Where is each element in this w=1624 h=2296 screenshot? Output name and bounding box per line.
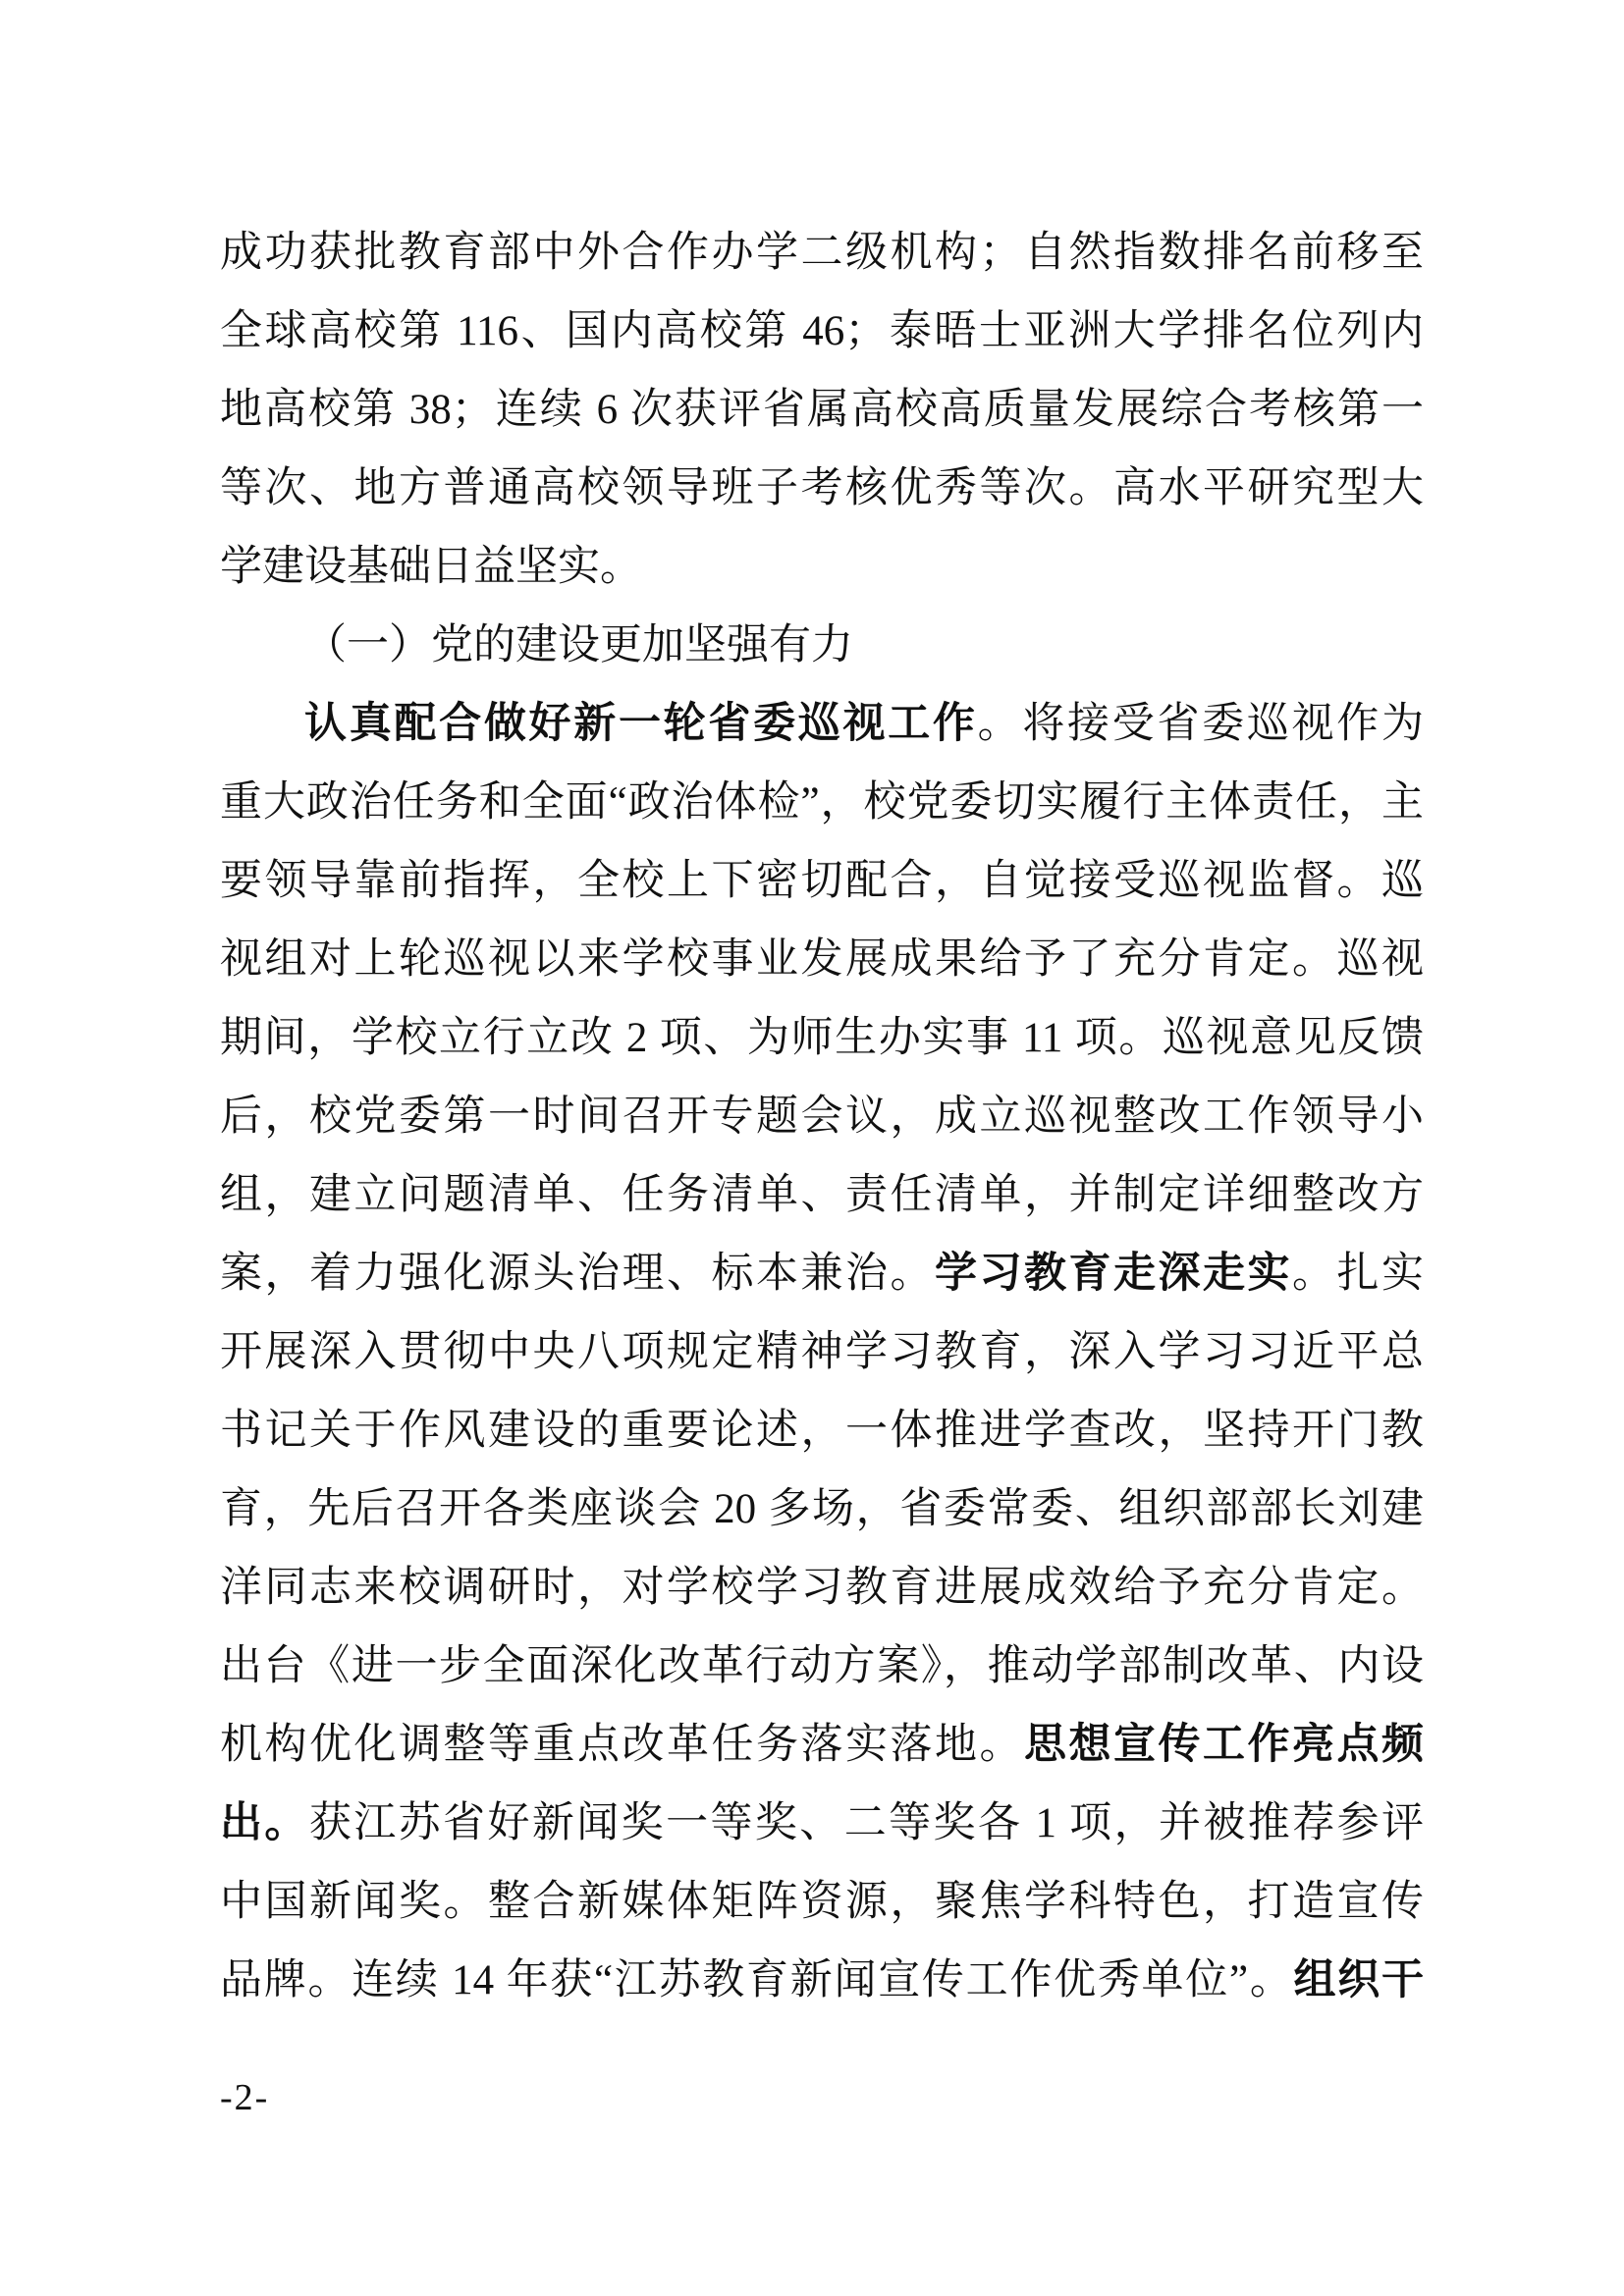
text-line: 视组对上轮巡视以来学校事业发展成果给予了充分肯定。巡视 [220, 921, 1424, 999]
text-line: 开展深入贯彻中央八项规定精神学习教育，深入学习习近平总 [220, 1313, 1424, 1392]
text-line: 品牌。连续 14 年获“江苏教育新闻宣传工作优秀单位”。组织干 [220, 1942, 1424, 2020]
text-segment: 。扎实 [1292, 1251, 1424, 1297]
text-segment: 开展深入贯彻中央八项规定精神学习教育，深入学习习近平总 [220, 1329, 1424, 1375]
text-segment: 视组对上轮巡视以来学校事业发展成果给予了充分肯定。巡视 [220, 936, 1424, 983]
text-segment: 成功获批教育部中外合作办学二级机构；自然指数排名前移至 [220, 230, 1424, 276]
text-segment: 。将接受省委巡视作为 [978, 701, 1424, 747]
text-segment: 机构优化调整等重点改革任务落实落地。 [220, 1722, 1024, 1768]
text-segment: 后，校党委第一时间召开专题会议，成立巡视整改工作领导小 [220, 1094, 1424, 1140]
text-segment: 全球高校第 116、国内高校第 46；泰晤士亚洲大学排名位列内 [220, 308, 1424, 354]
text-line: 组，建立问题清单、任务清单、责任清单，并制定详细整改方 [220, 1156, 1424, 1235]
text-line: 机构优化调整等重点改革任务落实落地。思想宣传工作亮点频 [220, 1706, 1424, 1785]
bold-text-segment: 认真配合做好新一轮省委巡视工作 [304, 701, 978, 747]
text-line: 认真配合做好新一轮省委巡视工作。将接受省委巡视作为 [220, 685, 1424, 764]
text-segment: 期间，学校立行立改 2 项、为师生办实事 11 项。巡视意见反馈 [220, 1015, 1424, 1061]
text-line: 育，先后召开各类座谈会 20 多场，省委常委、组织部部长刘建 [220, 1470, 1424, 1549]
text-line: 要领导靠前指挥，全校上下密切配合，自觉接受巡视监督。巡 [220, 842, 1424, 921]
text-line: 地高校第 38；连续 6 次获评省属高校高质量发展综合考核第一 [220, 371, 1424, 450]
text-segment: 地高校第 38；连续 6 次获评省属高校高质量发展综合考核第一 [220, 387, 1424, 433]
text-segment: 洋同志来校调研时，对学校学习教育进展成效给予充分肯定。 [220, 1565, 1424, 1611]
document-body: 成功获批教育部中外合作办学二级机构；自然指数排名前移至全球高校第 116、国内高… [220, 214, 1424, 2020]
bold-text-segment: 思想宣传工作亮点频 [1024, 1722, 1424, 1768]
text-segment: 书记关于作风建设的重要论述，一体推进学查改，坚持开门教 [220, 1408, 1424, 1454]
text-line: 洋同志来校调研时，对学校学习教育进展成效给予充分肯定。 [220, 1549, 1424, 1628]
text-segment: 要领导靠前指挥，全校上下密切配合，自觉接受巡视监督。巡 [220, 858, 1424, 904]
text-segment: 等次、地方普通高校领导班子考核优秀等次。高水平研究型大 [220, 465, 1424, 511]
text-segment: 组，建立问题清单、任务清单、责任清单，并制定详细整改方 [220, 1172, 1424, 1218]
section-heading: （一）党的建设更加坚强有力 [220, 607, 1424, 685]
text-segment: 育，先后召开各类座谈会 20 多场，省委常委、组织部部长刘建 [220, 1486, 1424, 1532]
text-line: 期间，学校立行立改 2 项、为师生办实事 11 项。巡视意见反馈 [220, 999, 1424, 1078]
text-line: 成功获批教育部中外合作办学二级机构；自然指数排名前移至 [220, 214, 1424, 293]
document-page: 成功获批教育部中外合作办学二级机构；自然指数排名前移至全球高校第 116、国内高… [0, 0, 1624, 2296]
text-segment: 学建设基础日益坚实。 [220, 544, 642, 590]
text-segment: （一）党的建设更加坚强有力 [304, 622, 853, 668]
text-line: 全球高校第 116、国内高校第 46；泰晤士亚洲大学排名位列内 [220, 293, 1424, 371]
text-segment: 获江苏省好新闻奖一等奖、二等奖各 1 项，并被推荐参评 [309, 1800, 1424, 1846]
text-line: 中国新闻奖。整合新媒体矩阵资源，聚焦学科特色，打造宣传 [220, 1863, 1424, 1942]
text-segment: 品牌。连续 14 年获“江苏教育新闻宣传工作优秀单位”。 [220, 1957, 1294, 2003]
page-number: -2- [220, 2063, 269, 2132]
text-line: 学建设基础日益坚实。 [220, 528, 1424, 607]
text-segment: 重大政治任务和全面“政治体检”，校党委切实履行主体责任，主 [220, 779, 1424, 826]
text-line: 后，校党委第一时间召开专题会议，成立巡视整改工作领导小 [220, 1078, 1424, 1156]
text-line: 书记关于作风建设的重要论述，一体推进学查改，坚持开门教 [220, 1392, 1424, 1470]
text-segment: 案，着力强化源头治理、标本兼治。 [220, 1251, 935, 1297]
text-segment: 出台《进一步全面深化改革行动方案》，推动学部制改革、内设 [220, 1643, 1424, 1689]
bold-text-segment: 出。 [220, 1800, 309, 1846]
text-line: 出台《进一步全面深化改革行动方案》，推动学部制改革、内设 [220, 1628, 1424, 1706]
text-line: 案，着力强化源头治理、标本兼治。学习教育走深走实。扎实 [220, 1235, 1424, 1313]
bold-text-segment: 组织干 [1294, 1957, 1424, 2003]
text-segment: 中国新闻奖。整合新媒体矩阵资源，聚焦学科特色，打造宣传 [220, 1879, 1424, 1925]
text-line: 重大政治任务和全面“政治体检”，校党委切实履行主体责任，主 [220, 764, 1424, 842]
bold-text-segment: 学习教育走深走实 [935, 1251, 1292, 1297]
text-line: 出。获江苏省好新闻奖一等奖、二等奖各 1 项，并被推荐参评 [220, 1785, 1424, 1863]
text-line: 等次、地方普通高校领导班子考核优秀等次。高水平研究型大 [220, 450, 1424, 528]
